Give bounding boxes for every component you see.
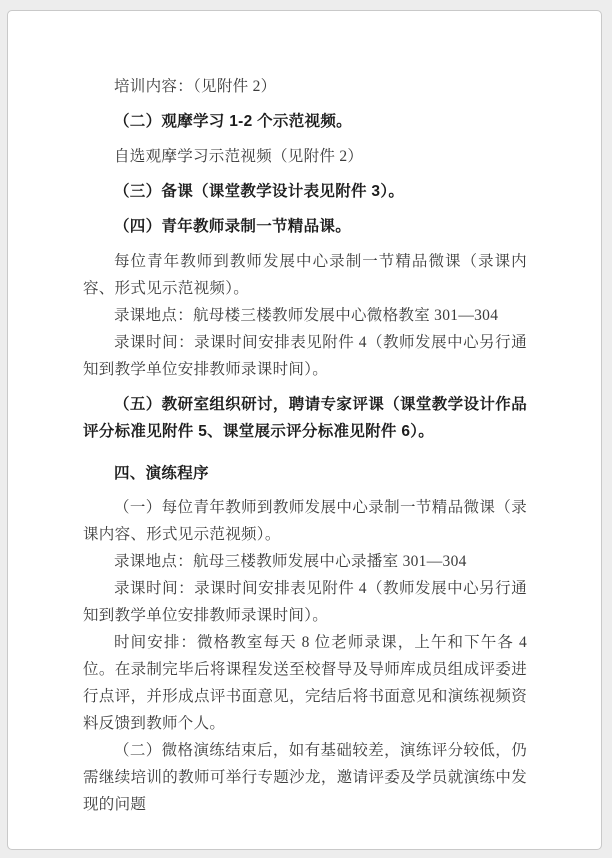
heading-section-4-record: （四）青年教师录制一节精品课。 (83, 213, 527, 240)
document-body: 培训内容：（见附件 2） （二）观摩学习 1-2 个示范视频。 自选观摩学习示范… (8, 11, 601, 849)
viewer-canvas: { "page": { "background_color": "#ededed… (0, 0, 612, 858)
para-record-location-2: 录课地点：航母三楼教师发展中心录播室 301—304 (83, 548, 527, 575)
para-record-time-2: 录课时间：录课时间安排表见附件 4（教师发展中心另行通知到教学单位安排教师录课时… (83, 575, 527, 629)
heading-section-2-observe: （二）观摩学习 1-2 个示范视频。 (83, 108, 527, 135)
para-procedure-1: （一）每位青年教师到教师发展中心录制一节精品微课（录课内容、形式见示范视频）。 (83, 494, 527, 548)
para-training-content: 培训内容：（见附件 2） (83, 73, 527, 100)
para-record-time-1: 录课时间：录课时间安排表见附件 4（教师发展中心另行通知到教学单位安排教师录课时… (83, 329, 527, 383)
para-self-select-videos: 自选观摩学习示范视频（见附件 2） (83, 143, 527, 170)
heading-section-3-prepare: （三）备课（课堂教学设计表见附件 3）。 (83, 178, 527, 205)
document-page: 培训内容：（见附件 2） （二）观摩学习 1-2 个示范视频。 自选观摩学习示范… (7, 10, 602, 850)
para-record-micro-course: 每位青年教师到教师发展中心录制一节精品微课（录课内容、形式见示范视频）。 (83, 248, 527, 302)
para-schedule-detail: 时间安排：微格教室每天 8 位老师录课，上午和下午各 4 位。在录制完毕后将课程… (83, 629, 527, 737)
heading-section-5-review: （五）教研室组织研讨，聘请专家评课（课堂教学设计作品评分标准见附件 5、课堂展示… (83, 391, 527, 445)
para-record-location-1: 录课地点：航母楼三楼教师发展中心微格教室 301—304 (83, 302, 527, 329)
para-procedure-2-salon: （二）微格演练结束后，如有基础较差，演练评分较低，仍需继续培训的教师可举行专题沙… (83, 737, 527, 818)
heading-chapter-4-procedure: 四、演练程序 (83, 460, 527, 487)
